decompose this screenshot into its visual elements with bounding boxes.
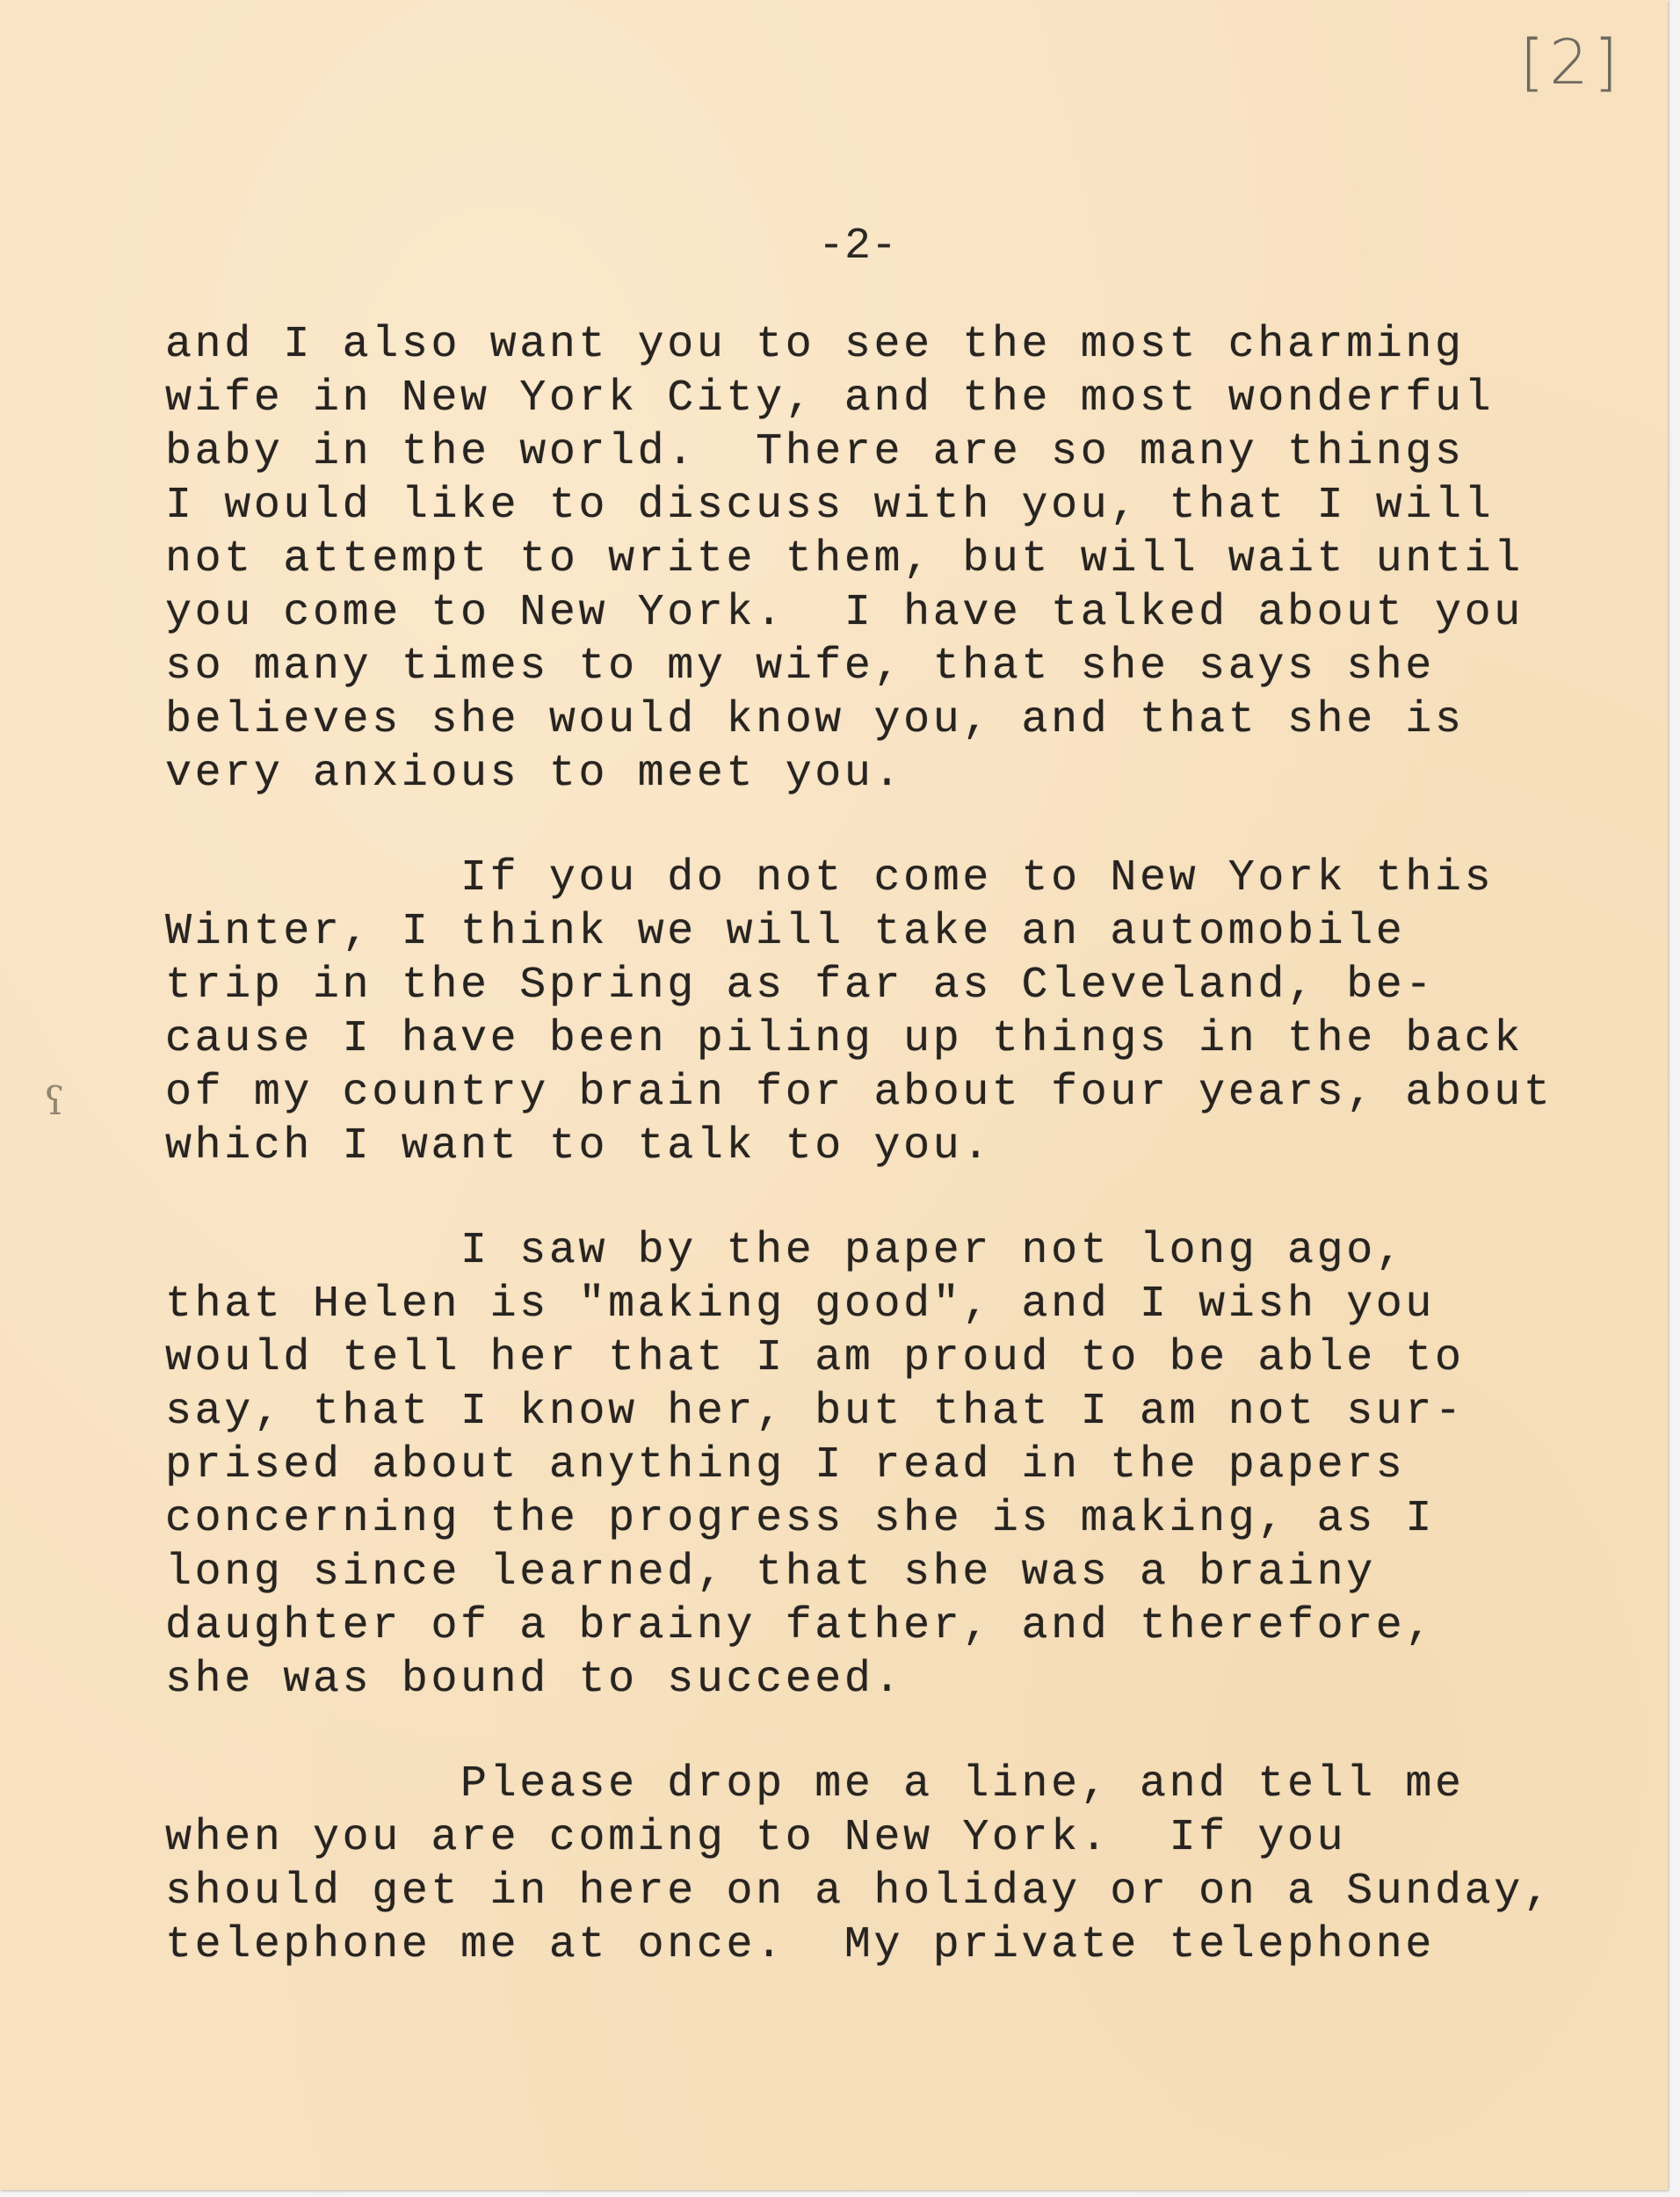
text-line: very anxious to meet you. bbox=[165, 747, 1659, 801]
paragraph: If you do not come to New York this Wint… bbox=[165, 852, 1659, 1173]
text-line: I saw by the paper not long ago, bbox=[165, 1224, 1659, 1278]
text-line: not attempt to write them, but will wait… bbox=[165, 533, 1659, 586]
text-line: wife in New York City, and the most wond… bbox=[165, 372, 1659, 425]
text-line: of my country brain for about four years… bbox=[165, 1066, 1659, 1120]
text-line: say, that I know her, but that I am not … bbox=[165, 1385, 1659, 1439]
text-line: would tell her that I am proud to be abl… bbox=[165, 1331, 1659, 1385]
text-line: should get in here on a holiday or on a … bbox=[165, 1865, 1659, 1918]
text-line: baby in the world. There are so many thi… bbox=[165, 425, 1659, 479]
text-line: she was bound to succeed. bbox=[165, 1653, 1659, 1707]
text-line: you come to New York. I have talked abou… bbox=[165, 586, 1659, 640]
margin-mark: ʕ bbox=[44, 1079, 65, 1124]
text-line: telephone me at once. My private telepho… bbox=[165, 1918, 1659, 1972]
text-line: cause I have been piling up things in th… bbox=[165, 1012, 1659, 1066]
text-line: trip in the Spring as far as Cleveland, … bbox=[165, 959, 1659, 1012]
text-line: so many times to my wife, that she says … bbox=[165, 640, 1659, 693]
paragraph: and I also want you to see the most char… bbox=[165, 318, 1659, 801]
text-line: prised about anything I read in the pape… bbox=[165, 1439, 1659, 1492]
folio-annotation: [2] bbox=[1520, 26, 1623, 98]
text-line: believes she would know you, and that sh… bbox=[165, 693, 1659, 747]
paragraph: I saw by the paper not long ago, that He… bbox=[165, 1224, 1659, 1707]
text-line: long since learned, that she was a brain… bbox=[165, 1546, 1659, 1599]
text-line: Please drop me a line, and tell me bbox=[165, 1758, 1659, 1811]
page-number: -2- bbox=[0, 221, 1680, 272]
text-line: and I also want you to see the most char… bbox=[165, 318, 1659, 372]
text-line: Winter, I think we will take an automobi… bbox=[165, 905, 1659, 959]
paragraph: Please drop me a line, and tell me when … bbox=[165, 1758, 1659, 1972]
text-line: which I want to talk to you. bbox=[165, 1120, 1659, 1173]
text-line: If you do not come to New York this bbox=[165, 852, 1659, 905]
text-line: daughter of a brainy father, and therefo… bbox=[165, 1599, 1659, 1653]
text-line: concerning the progress she is making, a… bbox=[165, 1492, 1659, 1546]
text-line: that Helen is "making good", and I wish … bbox=[165, 1278, 1659, 1331]
letter-body: and I also want you to see the most char… bbox=[165, 318, 1659, 2023]
letter-page: [2] -2- ʕ and I also want you to see the… bbox=[0, 0, 1668, 2190]
text-line: when you are coming to New York. If you bbox=[165, 1811, 1659, 1865]
text-line: I would like to discuss with you, that I… bbox=[165, 479, 1659, 533]
